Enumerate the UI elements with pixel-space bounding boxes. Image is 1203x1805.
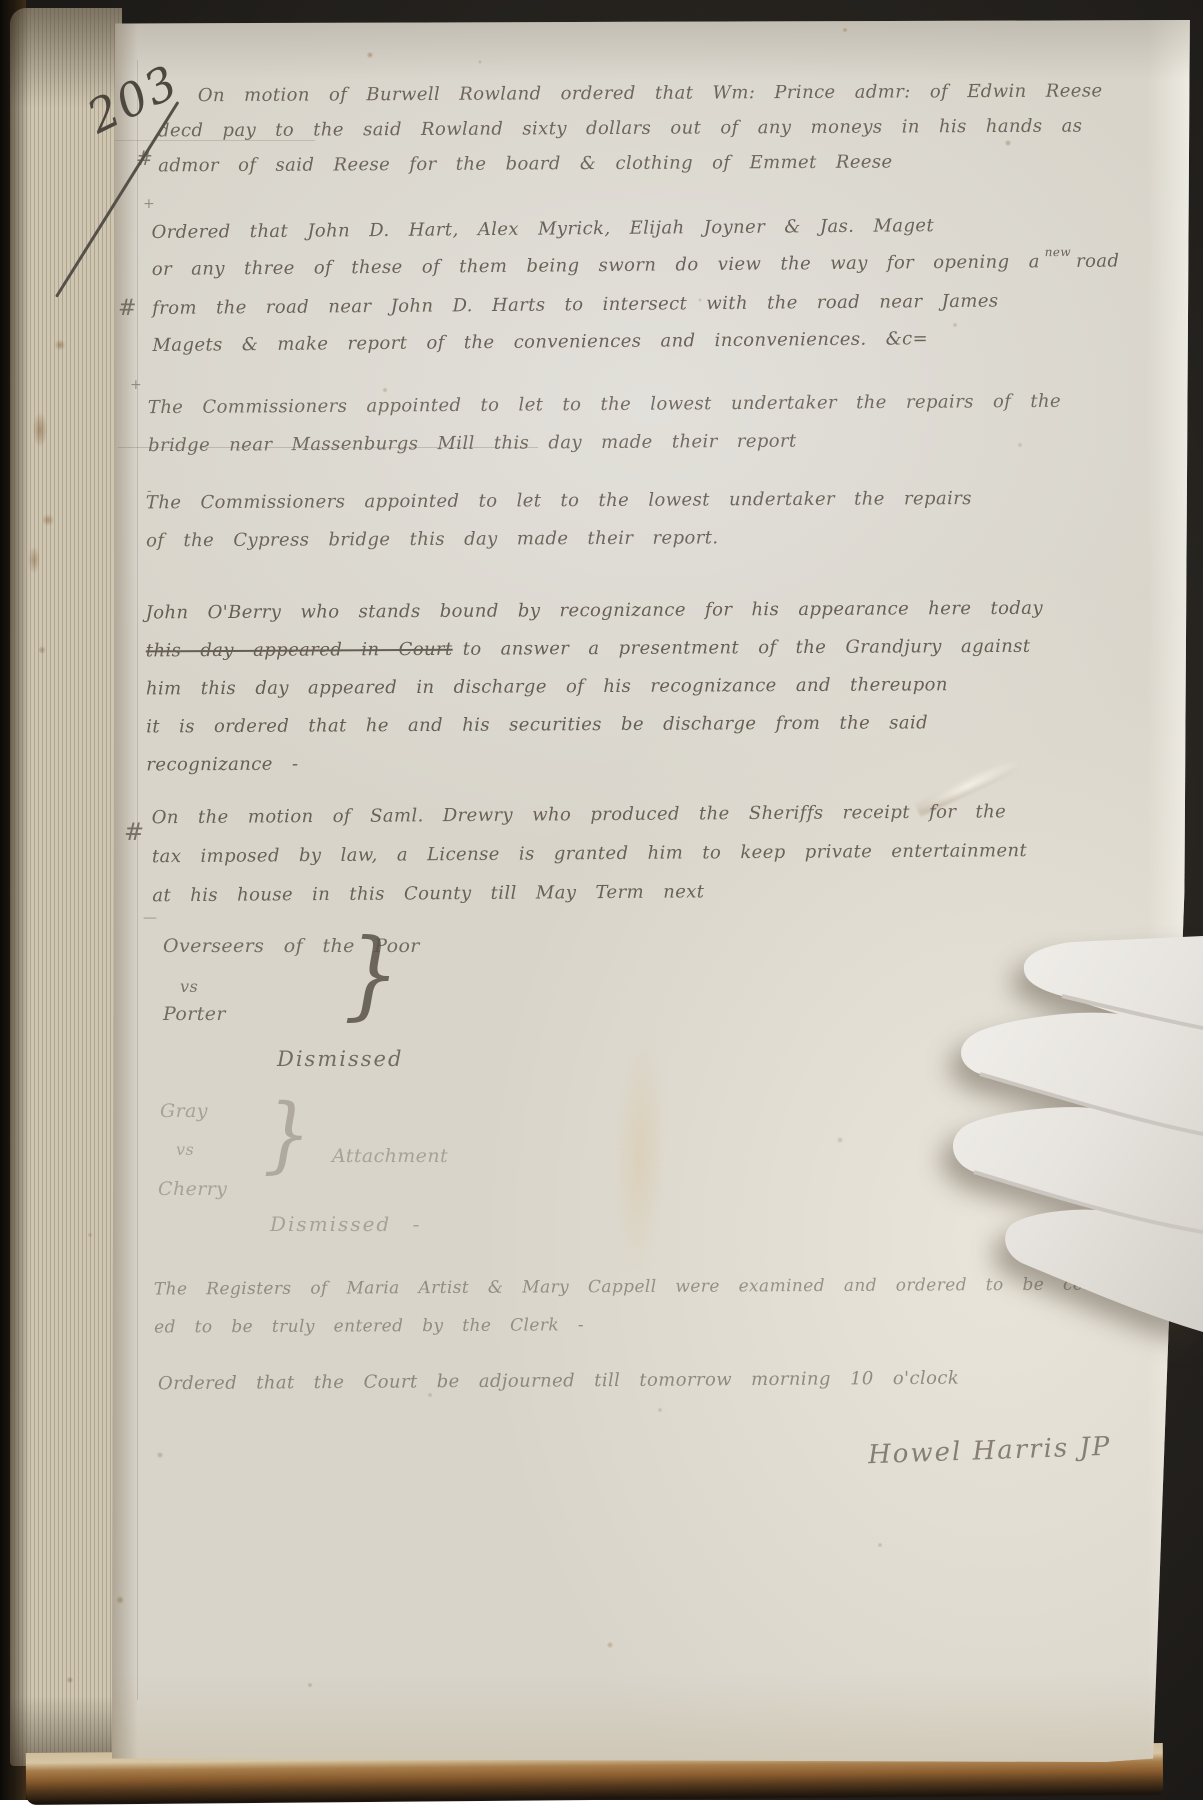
photo-background: 203 # # # + + - — On motion of Burwell R… bbox=[0, 0, 1203, 1800]
page-edge-stack-left bbox=[10, 8, 122, 1766]
manuscript-page bbox=[112, 20, 1192, 1762]
paper-stain-streak bbox=[610, 1029, 671, 1281]
margin-rule-line bbox=[137, 60, 138, 1700]
gloved-hand bbox=[922, 928, 1203, 1338]
horizontal-crease bbox=[115, 140, 315, 141]
glove-hand-shape bbox=[953, 936, 1203, 1332]
horizontal-crease bbox=[118, 447, 538, 448]
